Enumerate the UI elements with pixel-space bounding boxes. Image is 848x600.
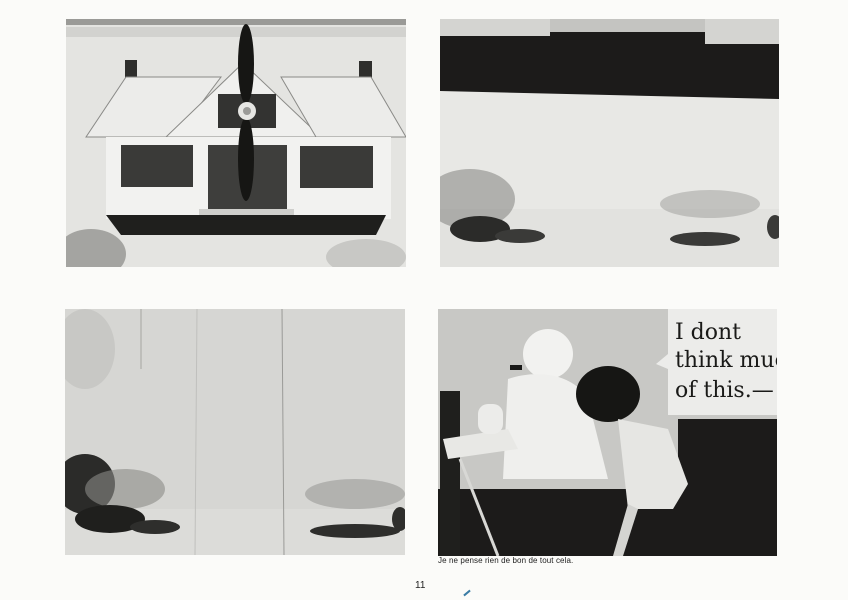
page-number: 11 [415, 580, 425, 591]
misty-landscape-illustration [65, 309, 405, 555]
film-still-misty-landscape [65, 309, 405, 555]
cartoon-characters-illustration: I dont think muc of this.— [438, 309, 777, 556]
film-still-man-and-woman: I dont think muc of this.— [438, 309, 777, 556]
frame-caption: Je ne pense rien de bon de tout cela. [438, 556, 573, 565]
speech-bubble-line-2: think muc [675, 348, 777, 373]
speech-bubble-line-1: I dont [675, 320, 741, 345]
pen-mark [463, 590, 470, 597]
house-propeller-illustration [66, 19, 406, 267]
speech-bubble-line-3: of this.— [675, 378, 774, 403]
film-still-dark-band-landscape [440, 19, 779, 267]
landscape-illustration [440, 19, 779, 267]
film-still-house-propeller [66, 19, 406, 267]
